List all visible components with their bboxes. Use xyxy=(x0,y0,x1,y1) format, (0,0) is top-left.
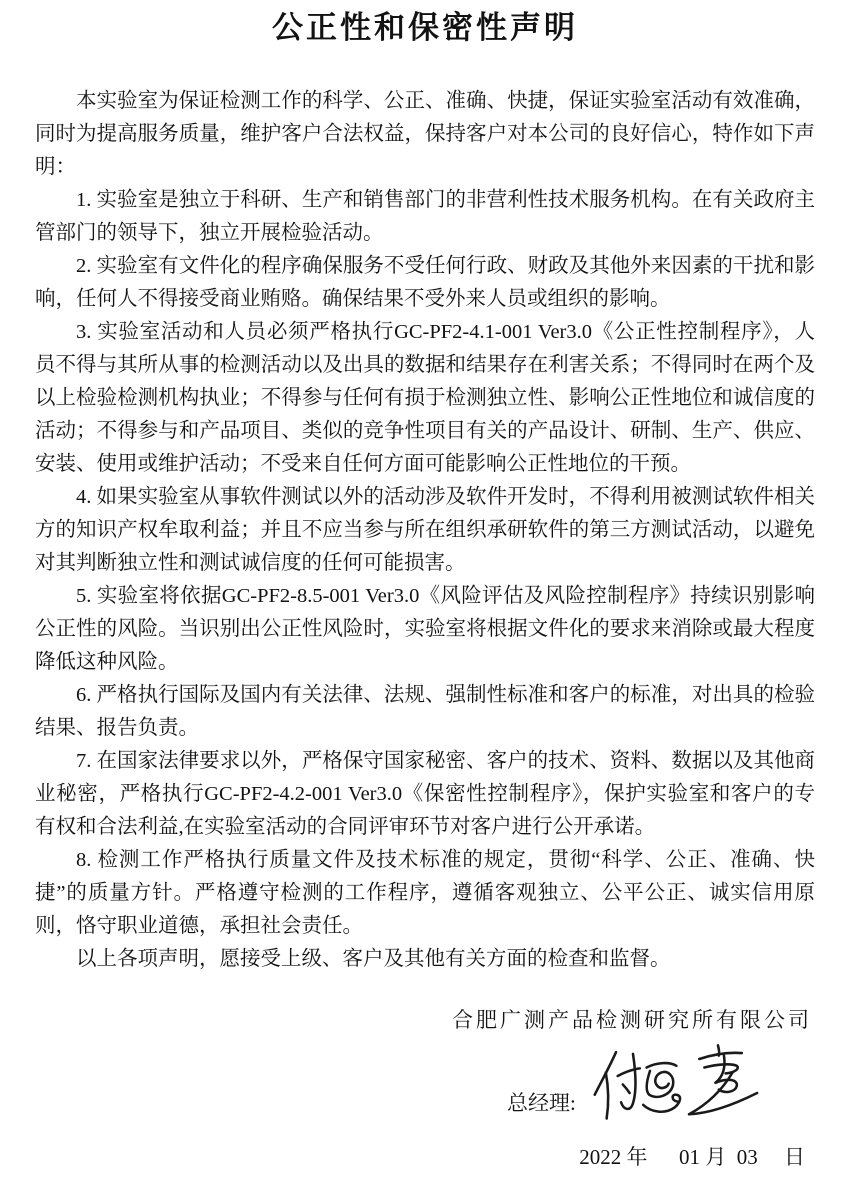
statement-item-8: 8. 检测工作严格执行质量文件及技术标准的规定，贯彻“科学、公正、准确、快捷”的… xyxy=(35,844,815,943)
statement-item-3: 3. 实验室活动和人员必须严格执行GC-PF2-4.1-001 Ver3.0《公… xyxy=(35,316,815,481)
document-title: 公正性和保密性声明 xyxy=(0,0,850,47)
closing-paragraph: 以上各项声明，愿接受上级、客户及其他有关方面的检查和监督。 xyxy=(35,943,815,976)
general-manager-signature-icon xyxy=(583,1042,768,1127)
statement-item-6: 6. 严格执行国际及国内有关法律、法规、强制性标准和客户的标准，对出具的检验结果… xyxy=(35,679,815,745)
statement-item-7: 7. 在国家法律要求以外，严格保守国家秘密、客户的技术、资料、数据以及其他商业秘… xyxy=(35,745,815,844)
intro-paragraph: 本实验室为保证检测工作的科学、公正、准确、快捷，保证实验室活动有效准确，同时为提… xyxy=(35,85,815,184)
statement-item-2: 2. 实验室有文件化的程序确保服务不受任何行政、财政及其他外来因素的干扰和影响，… xyxy=(35,250,815,316)
statement-item-4: 4. 如果实验室从事软件测试以外的活动涉及软件开发时，不得利用被测试软件相关方的… xyxy=(35,481,815,580)
document-page: 公正性和保密性声明 本实验室为保证检测工作的科学、公正、准确、快捷，保证实验室活… xyxy=(0,0,850,1180)
general-manager-label: 总经理: xyxy=(507,1088,576,1118)
document-body: 本实验室为保证检测工作的科学、公正、准确、快捷，保证实验室活动有效准确，同时为提… xyxy=(35,85,815,976)
signature-date: 2022 年 01 月 03 日 xyxy=(579,1142,805,1172)
company-name: 合肥广测产品检测研究所有限公司 xyxy=(452,1004,812,1037)
statement-item-1: 1. 实验室是独立于科研、生产和销售部门的非营利性技术服务机构。在有关政府主管部… xyxy=(35,184,815,250)
statement-item-5: 5. 实验室将依据GC-PF2-8.5-001 Ver3.0《风险评估及风险控制… xyxy=(35,580,815,679)
